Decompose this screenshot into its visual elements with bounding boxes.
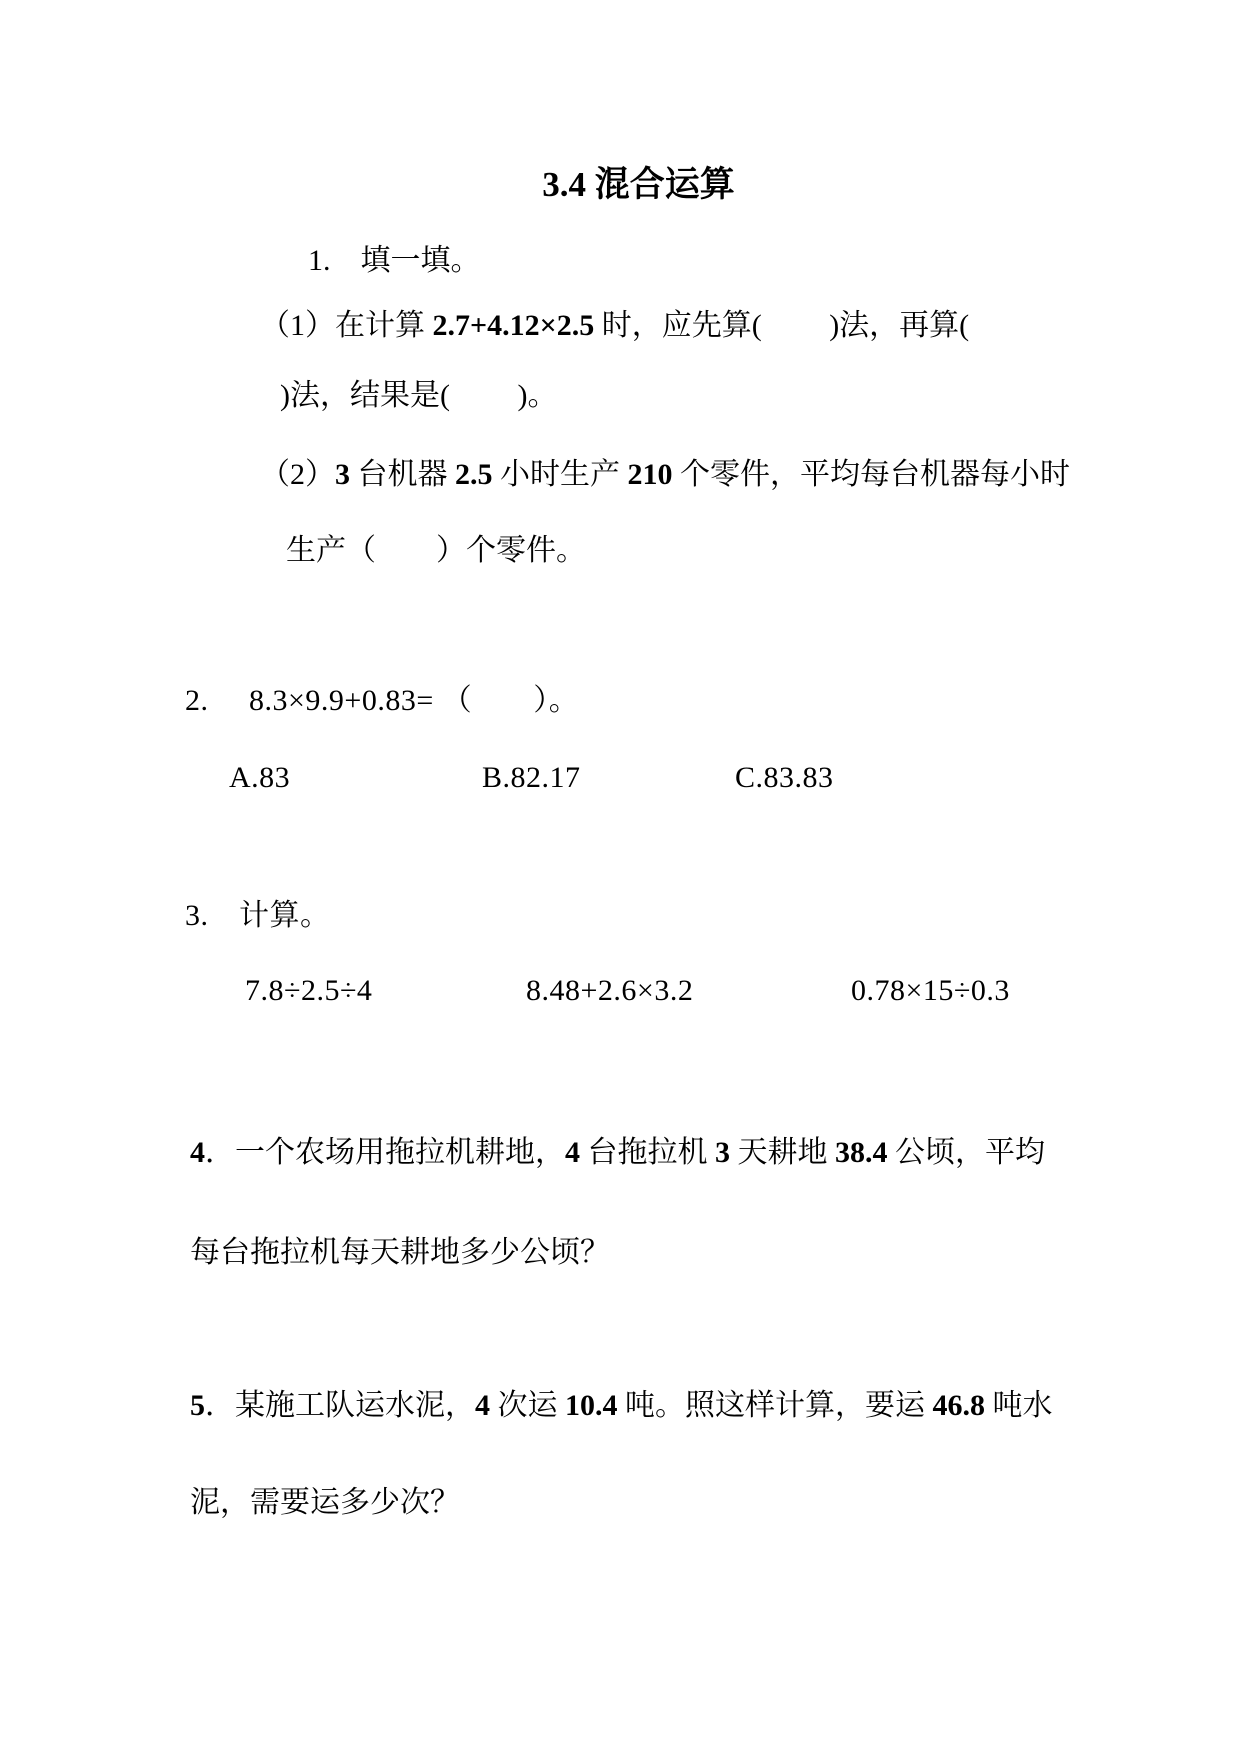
q2-label: 2. bbox=[185, 683, 209, 719]
numeral-segment: 2.5 bbox=[455, 458, 493, 491]
text-segment: ．一个农场用拖拉机耕地， bbox=[205, 1136, 565, 1169]
text-segment: 小时生产 bbox=[493, 458, 628, 491]
q2-option-a: A.83 bbox=[229, 760, 290, 796]
numeral-segment: 38.4 bbox=[835, 1136, 888, 1169]
numeral-segment: 4 bbox=[565, 1136, 580, 1169]
q1-part2-line2: 生产（ ）个零件。 bbox=[286, 533, 586, 569]
text-segment: ．某施工队运水泥， bbox=[205, 1389, 475, 1422]
q3-expression-2: 8.48+2.6×3.2 bbox=[526, 973, 693, 1009]
text-segment: 天耕地 bbox=[730, 1136, 835, 1169]
text-segment: 吨水 bbox=[985, 1389, 1053, 1422]
q5-line1: 5．某施工队运水泥，4 次运 10.4 吨。照这样计算，要运 46.8 吨水 bbox=[190, 1388, 1053, 1424]
numeral-segment: 5 bbox=[190, 1389, 205, 1422]
text-segment: （1）在计算 bbox=[260, 309, 433, 342]
numeral-segment: 4 bbox=[475, 1389, 490, 1422]
text-segment: 公顷，平均 bbox=[888, 1136, 1046, 1169]
q1-part2-line1: （2）3 台机器 2.5 小时生产 210 个零件，平均每台机器每小时 bbox=[260, 457, 1070, 493]
numeral-segment: 4 bbox=[190, 1136, 205, 1169]
text-segment: 个零件，平均每台机器每小时 bbox=[673, 458, 1071, 491]
text-segment: 次运 bbox=[490, 1389, 565, 1422]
numeral-segment: 210 bbox=[628, 458, 673, 491]
text-segment: 吨。照这样计算，要运 bbox=[618, 1389, 933, 1422]
q3-expression-1: 7.8÷2.5÷4 bbox=[245, 973, 372, 1009]
numeral-segment: 10.4 bbox=[565, 1389, 618, 1422]
numeral-segment: 3 bbox=[715, 1136, 730, 1169]
q1-label: 1. 填一填。 bbox=[308, 243, 481, 279]
numeral-segment: 2.7+4.12×2.5 bbox=[433, 309, 595, 342]
q3-label: 3. 计算。 bbox=[185, 898, 331, 934]
text-segment: 时，应先算( )法，再算( bbox=[594, 309, 969, 342]
text-segment: 台拖拉机 bbox=[580, 1136, 715, 1169]
q2-option-c: C.83.83 bbox=[735, 760, 834, 796]
q4-line2: 每台拖拉机每天耕地多少公顷？ bbox=[190, 1235, 610, 1271]
q3-expression-3: 0.78×15÷0.3 bbox=[851, 973, 1010, 1009]
q5-line2: 泥，需要运多少次？ bbox=[190, 1485, 460, 1521]
numeral-segment: 46.8 bbox=[933, 1389, 986, 1422]
q1-part1-line2: )法，结果是( )。 bbox=[280, 378, 557, 414]
q4-line1: 4．一个农场用拖拉机耕地，4 台拖拉机 3 天耕地 38.4 公顷，平均 bbox=[190, 1135, 1045, 1171]
text-segment: 台机器 bbox=[350, 458, 455, 491]
worksheet-page: 3.4 混合运算 1. 填一填。 （1）在计算 2.7+4.12×2.5 时，应… bbox=[0, 0, 1241, 1754]
worksheet-title: 3.4 混合运算 bbox=[18, 164, 1241, 206]
q2-option-b: B.82.17 bbox=[482, 760, 581, 796]
text-segment: （2） bbox=[260, 458, 335, 491]
q1-part1-line1: （1）在计算 2.7+4.12×2.5 时，应先算( )法，再算( bbox=[260, 308, 969, 344]
numeral-segment: 3 bbox=[335, 458, 350, 491]
q2-expression: 8.3×9.9+0.83= （ ）。 bbox=[249, 683, 579, 719]
